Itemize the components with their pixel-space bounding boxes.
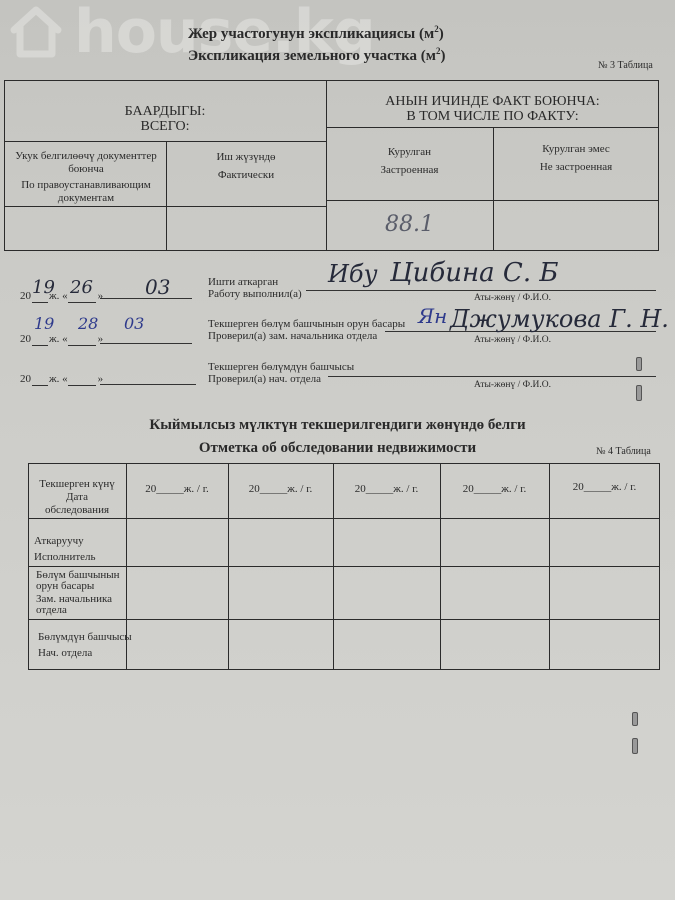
- date-cell-4: 20_____ж. / г.: [440, 482, 549, 496]
- fio-label-3: Аты-жөнү / Ф.И.О.: [474, 380, 551, 390]
- col-built: Курулган Застроенная: [326, 146, 493, 177]
- header-total: БААРДЫГЫ:ВСЕГО:: [4, 104, 326, 134]
- table3-number: № 3 Таблица: [598, 60, 653, 71]
- year-handwritten-2: 19: [34, 314, 54, 333]
- row-label-deputy-head: Бөлүм башчынынорун басары Зам. начальник…: [36, 570, 120, 616]
- deputy-head-label: Текшерген бөлүм башчынын орун басарыПров…: [208, 318, 405, 342]
- row-label-performer: АткаруучуИсполнитель: [34, 533, 96, 565]
- fio-label-2: Аты-жөнү / Ф.И.О.: [474, 335, 551, 345]
- binder-clip: [636, 357, 642, 371]
- section1-title-ky: Жер участогунун экспликациясы (м2): [188, 24, 444, 43]
- year-handwritten-1: 19: [32, 277, 55, 298]
- built-area-value: 88.1: [385, 212, 434, 237]
- binder-clip: [632, 712, 638, 726]
- row-label-dept-head: Бөлүмдүн башчысыНач. отдела: [38, 629, 132, 661]
- signature-2: Ян: [418, 304, 447, 328]
- inspection-date-header: Текшерген күнү Дата обследования: [28, 478, 126, 517]
- day-handwritten-1: 26: [70, 277, 93, 298]
- table4-number: № 4 Таблица: [596, 446, 651, 457]
- col-by-documents: Укук белгилөөчү документтер боюнча По пр…: [6, 150, 166, 205]
- section2-title-ky: Кыймылсыз мүлктүн текшерилгендиги жөнүнд…: [0, 417, 675, 434]
- section2-title-ru: Отметка об обследовании недвижимости: [0, 440, 675, 457]
- date-cell-2: 20_____ж. / г.: [228, 482, 333, 496]
- day-handwritten-2: 28: [78, 314, 98, 333]
- date-cell-3: 20_____ж. / г.: [333, 482, 440, 496]
- month-handwritten-1: 03: [145, 275, 170, 299]
- binder-clip: [632, 738, 638, 754]
- signature-1: Ибу: [328, 260, 378, 288]
- binder-clip: [636, 385, 642, 401]
- house-icon: [8, 4, 64, 60]
- performer-label: Ишти аткарганРаботу выполнил(а): [208, 276, 302, 300]
- col-not-built: Курулган эмес Не застроенная: [493, 143, 659, 174]
- section1-title-ru: Экспликация земельного участка (м2): [188, 46, 445, 65]
- col-actual: Иш жүзүндө Фактически: [166, 151, 326, 182]
- date-cell-1: 20_____ж. / г.: [126, 482, 228, 496]
- month-handwritten-2: 03: [124, 314, 144, 333]
- date-row-2: 20ж. «»: [20, 333, 103, 345]
- header-by-fact: АНЫН ИЧИНДЕ ФАКТ БОЮНЧА:В ТОМ ЧИСЛЕ ПО Ф…: [326, 94, 659, 124]
- deputy-head-name: Джумукова Г. Н.: [450, 305, 669, 333]
- dept-head-label: Текшерген бөлүмдүн башчысыПроверил(а) на…: [208, 361, 354, 385]
- performer-name: Цибина С. Б: [390, 258, 558, 288]
- date-cell-5: 20_____ж. / г.: [549, 480, 660, 494]
- fio-label-1: Аты-жөнү / Ф.И.О.: [474, 293, 551, 303]
- date-row-3: 20ж. «»: [20, 373, 103, 385]
